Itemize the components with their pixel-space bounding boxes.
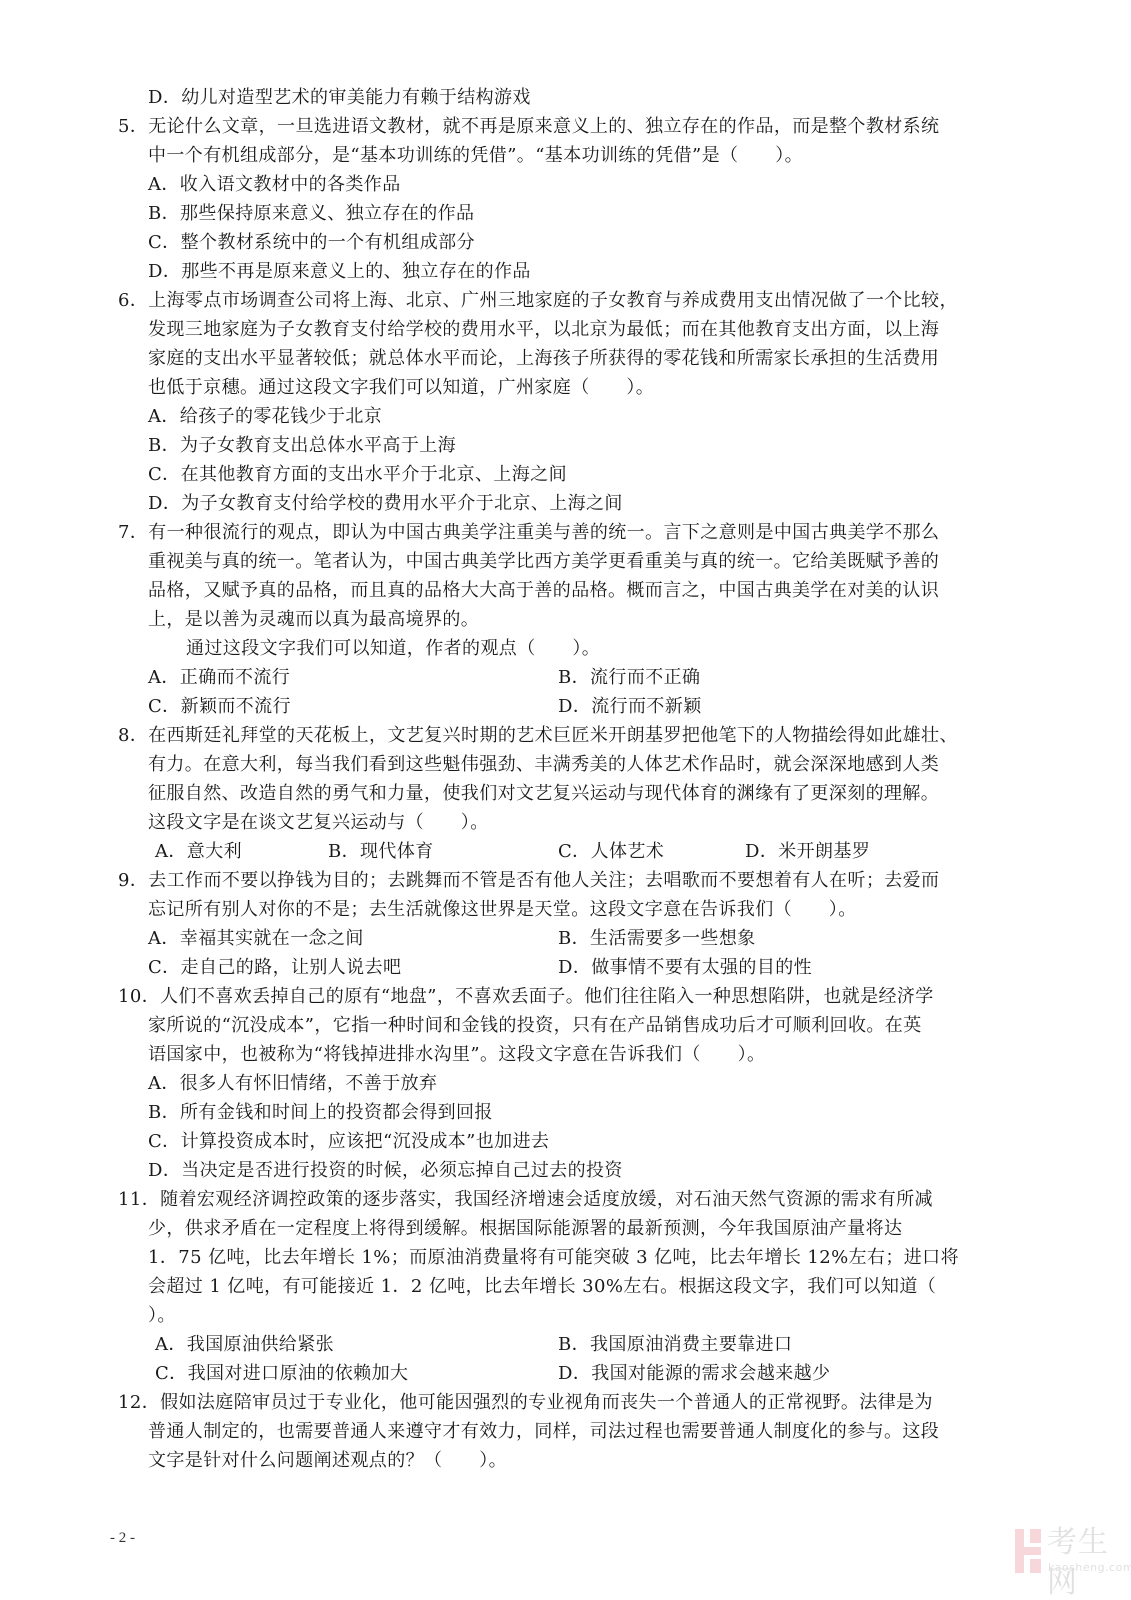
q9-option-c: C．走自己的路，让别人说去吧 (148, 953, 401, 982)
q10-stem-line-3: 语国家中，也被称为“将钱掉进排水沟里”。这段文字意在告诉我们（ ）。 (148, 1040, 765, 1069)
q5-option-a: A．收入语文教材中的各类作品 (148, 170, 401, 199)
q4-option-d: D．幼儿对造型艺术的审美能力有赖于结构游戏 (148, 83, 531, 112)
q5-option-d: D．那些不再是原来意义上的、独立存在的作品 (148, 257, 531, 286)
q9-stem-line-2: 忘记所有别人对你的不是；去生活就像这世界是天堂。这段文字意在告诉我们（ ）。 (148, 895, 857, 924)
q7-option-a: A．正确而不流行 (148, 663, 290, 692)
q11-option-d: D．我国对能源的需求会越来越少 (558, 1359, 830, 1388)
q8-stem-line-1: 8．在西斯廷礼拜堂的天花板上，文艺复兴时期的艺术巨匠米开朗基罗把他笔下的人物描绘… (118, 721, 958, 750)
q11-option-b: B．我国原油消费主要靠进口 (558, 1330, 792, 1359)
q10-option-b: B．所有金钱和时间上的投资都会得到回报 (148, 1098, 493, 1127)
q8-option-a: A．意大利 (155, 837, 242, 866)
q7-stem-line-4: 上，是以善为灵魂而以真为最高境界的。 (148, 605, 479, 634)
q8-option-d: D．米开朗基罗 (745, 837, 870, 866)
q6-option-a: A．给孩子的零花钱少于北京 (148, 402, 382, 431)
q9-option-d: D．做事情不要有太强的目的性 (558, 953, 812, 982)
q11-stem-line-5: ）。 (148, 1301, 176, 1330)
q7-stem-line-1: 7．有一种很流行的观点，即认为中国古典美学注重美与善的统一。言下之意则是中国古典… (118, 518, 939, 547)
q10-option-c: C．计算投资成本时，应该把“沉没成本”也加进去 (148, 1127, 549, 1156)
q7-option-c: C．新颖而不流行 (148, 692, 291, 721)
q11-option-a: A．我国原油供给紧张 (155, 1330, 334, 1359)
q7-option-b: B．流行而不正确 (558, 663, 700, 692)
q5-stem-line-2: 中一个有机组成部分，是“基本功训练的凭借”。“基本功训练的凭借”是（ ）。 (148, 141, 803, 170)
q8-stem-line-4: 这段文字是在谈文艺复兴运动与（ ）。 (148, 808, 489, 837)
q6-stem-line-4: 也低于京穗。通过这段文字我们可以知道，广州家庭（ ）。 (148, 373, 654, 402)
q5-stem-line-1: 5．无论什么文章，一旦选进语文教材，就不再是原来意义上的、独立存在的作品，而是整… (118, 112, 939, 141)
q8-stem-line-3: 征服自然、改造自然的勇气和力量，使我们对文艺复兴运动与现代体育的渊缘有了更深刻的… (148, 779, 939, 808)
page-number: - 2 - (110, 1530, 135, 1547)
q10-stem-line-2: 家所说的“沉没成本”，它指一种时间和金钱的投资，只有在产品销售成功后才可顺利回收… (148, 1011, 922, 1040)
q12-stem-line-2: 普通人制定的，也需要普通人来遵守才有效力，同样，司法过程也需要普通人制度化的参与… (148, 1417, 939, 1446)
q11-stem-line-3: 1．75 亿吨，比去年增长 1%；而原油消费量将有可能突破 3 亿吨，比去年增长… (148, 1243, 959, 1272)
q8-stem-line-2: 有力。在意大利，每当我们看到这些魁伟强劲、丰满秀美的人体艺术作品时，就会深深地感… (148, 750, 939, 779)
kaosheng-logo-icon (1015, 1529, 1041, 1573)
q5-option-c: C．整个教材系统中的一个有机组成部分 (148, 228, 475, 257)
q11-stem-line-4: 会超过 1 亿吨，有可能接近 1．2 亿吨，比去年增长 30%左右。根据这段文字… (148, 1272, 936, 1301)
q9-option-a: A．幸福其实就在一念之间 (148, 924, 364, 953)
q6-stem-line-3: 家庭的支出水平显著较低；就总体水平而论，上海孩子所获得的零花钱和所需家长承担的生… (148, 344, 939, 373)
q10-stem-line-1: 10．人们不喜欢丢掉自己的原有“地盘”，不喜欢丢面子。他们往往陷入一种思想陷阱，… (118, 982, 934, 1011)
q10-option-d: D．当决定是否进行投资的时候，必须忘掉自己过去的投资 (148, 1156, 623, 1185)
q11-stem-line-1: 11．随着宏观经济调控政策的逐步落实，我国经济增速会适度放缓，对石油天然气资源的… (118, 1185, 933, 1214)
q6-option-c: C．在其他教育方面的支出水平介于北京、上海之间 (148, 460, 567, 489)
q6-option-d: D．为子女教育支付给学校的费用水平介于北京、上海之间 (148, 489, 623, 518)
document-page: D．幼儿对造型艺术的审美能力有赖于结构游戏 5．无论什么文章，一旦选进语文教材，… (0, 0, 1131, 1600)
watermark-url: kaosheng.com (1048, 1561, 1131, 1574)
q8-option-c: C．人体艺术 (558, 837, 664, 866)
q7-question: 通过这段文字我们可以知道，作者的观点（ ）。 (186, 634, 600, 663)
q7-stem-line-3: 品格，又赋予真的品格，而且真的品格大大高于善的品格。概而言之，中国古典美学在对美… (148, 576, 939, 605)
q12-stem-line-1: 12．假如法庭陪审员过于专业化，他可能因强烈的专业视角而丧失一个普通人的正常视野… (118, 1388, 933, 1417)
q6-stem-line-1: 6．上海零点市场调查公司将上海、北京、广州三地家庭的子女教育与养成费用支出情况做… (118, 286, 958, 315)
q11-stem-line-2: 少，供求矛盾在一定程度上将得到缓解。根据国际能源署的最新预测，今年我国原油产量将… (148, 1214, 902, 1243)
q7-option-d: D．流行而不新颖 (558, 692, 702, 721)
q6-option-b: B．为子女教育支出总体水平高于上海 (148, 431, 456, 460)
q5-option-b: B．那些保持原来意义、独立存在的作品 (148, 199, 474, 228)
q6-stem-line-2: 发现三地家庭为子女教育支付给学校的费用水平，以北京为最低；而在其他教育支出方面，… (148, 315, 939, 344)
q10-option-a: A．很多人有怀旧情绪，不善于放弃 (148, 1069, 437, 1098)
q9-option-b: B．生活需要多一些想象 (558, 924, 756, 953)
q9-stem-line-1: 9．去工作而不要以挣钱为目的；去跳舞而不管是否有他人关注；去唱歌而不要想着有人在… (118, 866, 939, 895)
watermark: 考生网 kaosheng.com (1015, 1523, 1125, 1585)
q12-stem-line-3: 文字是针对什么问题阐述观点的？（ ）。 (148, 1446, 507, 1475)
q11-option-c: C．我国对进口原油的依赖加大 (155, 1359, 408, 1388)
q8-option-b: B．现代体育 (328, 837, 434, 866)
q7-stem-line-2: 重视美与真的统一。笔者认为，中国古典美学比西方美学更看重美与真的统一。它给美既赋… (148, 547, 939, 576)
